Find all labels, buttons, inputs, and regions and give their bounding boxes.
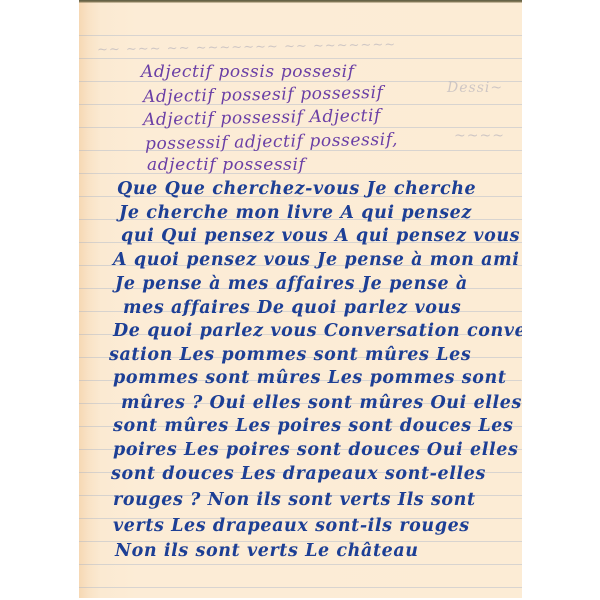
handwritten-line-blue: verts Les drapeaux sont-ils rouges — [113, 518, 470, 536]
bleed-through-text: ~~~~ — [454, 128, 505, 144]
handwritten-line-blue: A quoi pensez vous Je pense à mon ami — [113, 252, 519, 270]
handwritten-line-purple: Adjectif possesif possessif — [143, 85, 384, 106]
handwritten-line-blue: sation Les pommes sont mûres Les — [109, 347, 471, 365]
ruled-line — [79, 564, 522, 565]
handwritten-line-blue: De quoi parlez vous Conversation conver — [113, 323, 522, 341]
handwritten-line-blue: Je cherche mon livre A qui pensez — [119, 205, 472, 223]
handwritten-line-blue: Que Que cherchez-vous Je cherche — [117, 181, 476, 199]
handwritten-line-blue: rouges ? Non ils sont verts Ils sont — [113, 492, 476, 510]
handwritten-line-blue: Non ils sont verts Le château — [115, 543, 419, 561]
handwritten-line-purple: possessif adjectif possessif, — [145, 132, 398, 153]
handwritten-line-blue: pommes sont mûres Les pommes sont — [113, 370, 507, 388]
notebook-page: ~~ ~~~ ~~ ~~~~~~~ ~~ ~~~~~~~ Dessi~ ~~~~… — [79, 0, 522, 598]
handwritten-line-purple: Adjectif possessif Adjectif — [143, 108, 381, 129]
handwritten-line-blue: sont douces Les drapeaux sont-elles — [111, 466, 486, 484]
ruled-line — [79, 587, 522, 588]
handwritten-line-blue: poires Les poires sont douces Oui elles — [113, 442, 518, 460]
scan-background: ~~ ~~~ ~~ ~~~~~~~ ~~ ~~~~~~~ Dessi~ ~~~~… — [0, 0, 600, 600]
handwritten-line-blue: sont mûres Les poires sont douces Les — [113, 418, 513, 436]
bleed-through-text: ~~ ~~~ ~~ ~~~~~~~ ~~ ~~~~~~~ — [97, 37, 396, 57]
page-top-edge — [79, 0, 522, 3]
bleed-through-text: Dessi~ — [447, 80, 503, 96]
ruled-line — [79, 58, 522, 59]
ruled-line — [79, 35, 522, 36]
handwritten-line-purple: adjectif possessif — [147, 157, 305, 174]
handwritten-line-blue: mûres ? Oui elles sont mûres Oui elles — [121, 395, 522, 413]
handwritten-line-blue: mes affaires De quoi parlez vous — [123, 300, 461, 318]
handwritten-line-purple: Adjectif possis possesif — [141, 64, 355, 81]
handwritten-line-blue: qui Qui pensez vous A qui pensez vous — [121, 228, 520, 246]
handwritten-line-blue: Je pense à mes affaires Je pense à — [115, 276, 468, 294]
